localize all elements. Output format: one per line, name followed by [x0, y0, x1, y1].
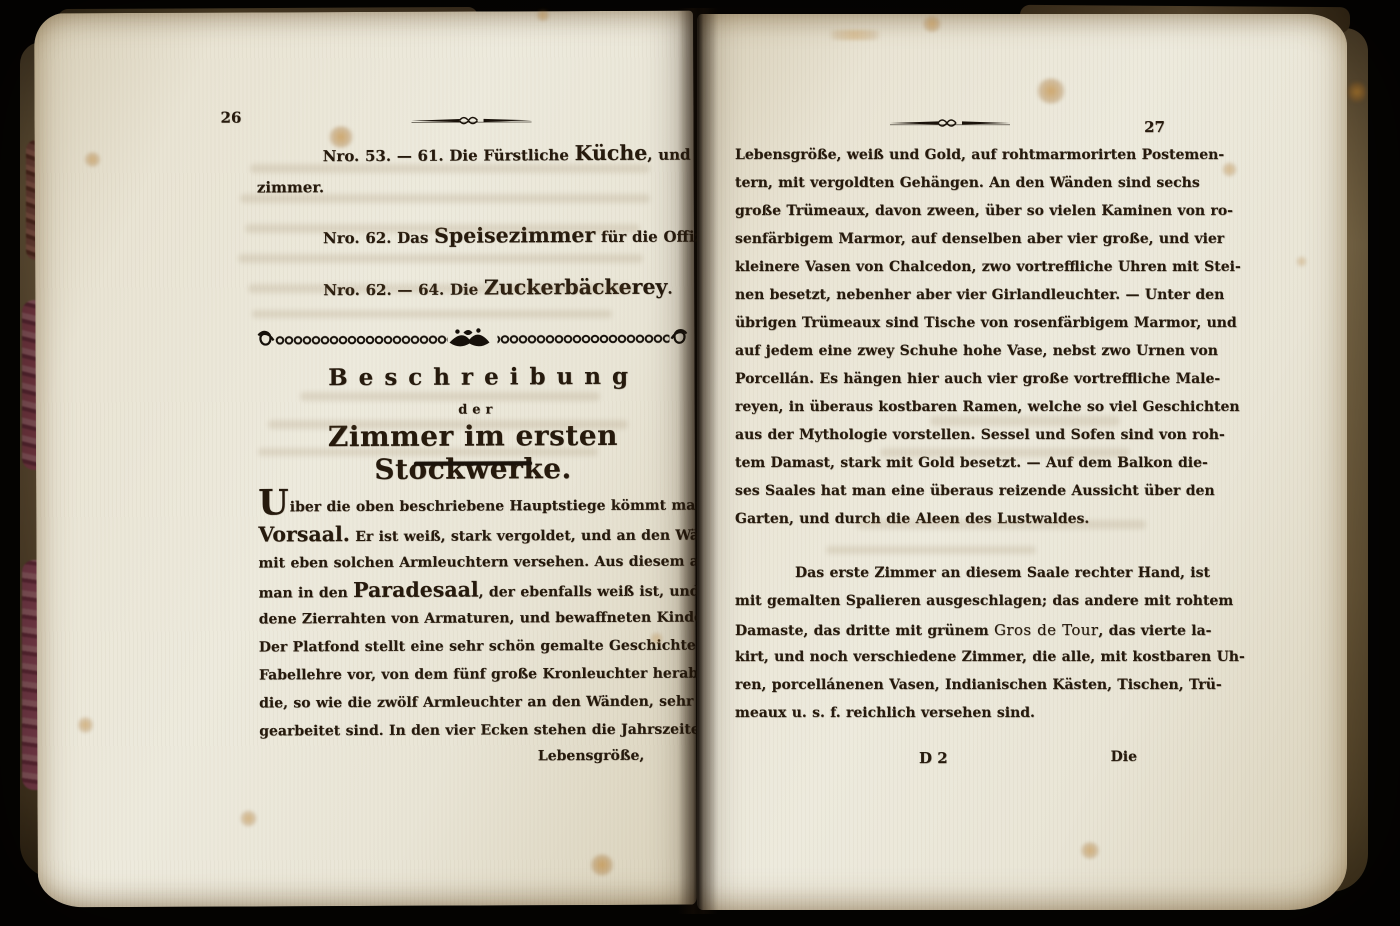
body-line: ren, porcellánenen Vasen, Indianischen K… — [735, 677, 1165, 705]
body-line: kleinere Vasen von Chalcedon, zwo vortre… — [735, 259, 1165, 287]
right-page: 27 Lebensgröße, weiß und Gold, auf rohtm… — [697, 14, 1347, 910]
toc-entry-2-emphasis: Speisezimmer — [434, 223, 595, 248]
body-line: große Trümeaux, davon zween, über so vie… — [735, 203, 1165, 231]
page-number-left: 26 — [220, 109, 241, 129]
body-antiqua-gros-de-tour: Gros de Tour — [994, 621, 1098, 639]
body-line: man in den Paradesaal, der ebenfalls wei… — [259, 582, 689, 612]
body-line: Fabellehre vor, von dem fünf große Kronl… — [259, 666, 689, 696]
body-line-text: Er ist weiß, stark vergoldet, und an den… — [355, 527, 738, 545]
body-line: dene Zierrahten von Armaturen, und bewaf… — [259, 610, 689, 640]
toc-entry-3-text: Nro. 62. — 64. Die — [323, 280, 484, 299]
body-line-text: man in den — [259, 585, 354, 601]
body-line: kirt, und noch verschiedene Zimmer, die … — [735, 649, 1165, 677]
body-line: tem Damast, stark mit Gold besetzt. — Au… — [735, 455, 1165, 483]
toc-entry-1-text: Nro. 53. — 61. Die Fürstliche — [323, 146, 575, 165]
toc-entry-2-text: Nro. 62. Das — [323, 229, 434, 247]
toc-entry-1-continuation: zimmer. — [257, 177, 687, 207]
body-line-text: , das vierte la- — [1098, 623, 1211, 639]
body-line: auf jedem eine zwey Schuhe hohe Vase, ne… — [735, 343, 1165, 371]
toc-entry-1-emphasis: Küche — [575, 141, 648, 165]
chain-divider-ornament — [257, 326, 687, 352]
drop-cap-initial: U — [258, 482, 289, 523]
heading-underline-rule — [414, 461, 532, 465]
section-heading-subtitle: Zimmer im ersten Stockwerke. — [258, 419, 688, 457]
toc-entry-3-emphasis: Zuckerbäckerey — [484, 275, 668, 300]
body-emphasis-paradesaal: Paradesaal — [353, 578, 479, 603]
toc-entry-3: Nro. 62. — 64. Die Zuckerbäckerey. — [257, 280, 687, 310]
body-line: Porcellán. Es hängen hier auch vier groß… — [735, 371, 1165, 399]
body-line: Vorsaal. Er ist weiß, stark vergoldet, u… — [258, 526, 688, 556]
body-line: senfärbigem Marmor, auf denselben aber v… — [735, 231, 1165, 259]
open-book-photo: 26 Nro. 53. — 61. Die Fürstliche Küche, … — [0, 0, 1400, 926]
body-line: Das erste Zimmer an diesem Saale rechter… — [735, 565, 1165, 593]
body-line: reyen, in überaus kostbaren Ramen, welch… — [735, 399, 1165, 427]
headpiece-rule-ornament — [256, 113, 686, 129]
toc-entry-2: Nro. 62. Das Speisezimmer für die Offizi… — [257, 228, 687, 258]
body-line: aus der Mythologie vorstellen. Sessel un… — [735, 427, 1165, 455]
body-line: Der Platfond stellt eine sehr schön gema… — [259, 638, 689, 668]
toc-entry-1: Nro. 53. — 61. Die Fürstliche Küche, und… — [257, 146, 687, 176]
toc-entry-3-suffix: . — [667, 280, 672, 298]
body-line-text: Damaste, das dritte mit grünem — [735, 623, 994, 639]
headpiece-rule-ornament — [735, 116, 1165, 130]
body-line: meaux u. s. f. reichlich versehen sind. — [735, 705, 1165, 733]
body-line: Damaste, das dritte mit grünem Gros de T… — [735, 621, 1165, 649]
body-line: nen besetzt, nebenher aber vier Girlandl… — [735, 287, 1165, 315]
body-line: mit gemalten Spalieren ausgeschlagen; da… — [735, 593, 1165, 621]
left-page: 26 Nro. 53. — 61. Die Fürstliche Küche, … — [34, 11, 697, 908]
catchword-right: Die — [735, 749, 1165, 777]
body-line: tern, mit vergoldten Gehängen. An den Wä… — [735, 175, 1165, 203]
body-line: die, so wie die zwölf Armleuchter an den… — [259, 694, 689, 724]
body-line: Lebensgröße, weiß und Gold, auf rohtmarm… — [735, 147, 1165, 175]
body-emphasis-vorsaal: Vorsaal. — [258, 522, 350, 546]
section-heading-title: Beschreibung — [258, 363, 699, 397]
body-line: Garten, und durch die Aleen des Lustwald… — [735, 511, 1165, 539]
body-line: ses Saales hat man eine überaus reizende… — [735, 483, 1165, 511]
body-line: übrigen Trümeaux sind Tische von rosenfä… — [735, 315, 1165, 343]
catchword-left: Lebensgröße, — [259, 748, 689, 778]
